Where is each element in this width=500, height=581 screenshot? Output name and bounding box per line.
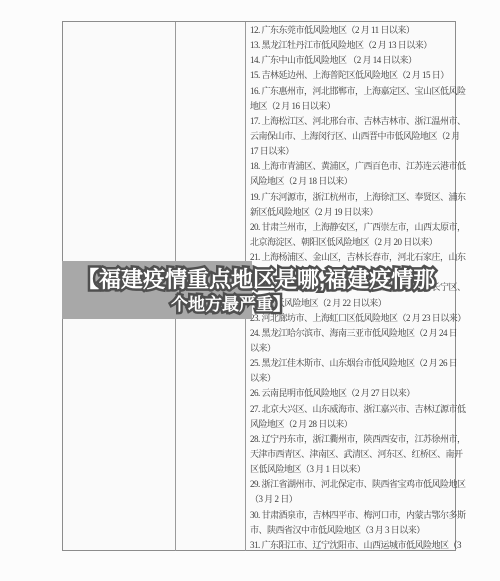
list-line: 以来）: [250, 341, 456, 356]
list-line: 20. 甘肃兰州市，上海静安区，广西崇左市，山西太原市，: [250, 220, 456, 235]
list-line: 18. 上海市青浦区、黄浦区，广西百色市、江苏连云港市低: [250, 159, 456, 174]
list-line: 市、陕西省汉中市低风险地区（3 月 3 日以来）: [250, 523, 456, 538]
watermark-text-fill: 个地方最严重】: [171, 295, 290, 314]
list-line: 31. 广东阳江市、辽宁沈阳市、山西运城市低风险地区（3: [250, 538, 456, 553]
list-line: 24. 黑龙江哈尔滨市、海南三亚市低风险地区（2 月 24 日: [250, 326, 456, 341]
list-line: 以来）: [250, 371, 456, 386]
watermark-text-stack: 个地方最严重】 个地方最严重】: [171, 290, 290, 315]
list-line: 13. 黑龙江牡丹江市低风险地区（2 月 13 日以来）: [250, 38, 456, 53]
list-line: 19. 广东河源市，浙江杭州市，上海徐汇区、奉贤区、浦东: [250, 190, 456, 205]
list-line: 27. 北京大兴区、山东威海市、浙江嘉兴市、吉林辽源市低: [250, 402, 456, 417]
list-line: 28. 辽宁丹东市，浙江衢州市，陕西西安市，江苏徐州市，: [250, 432, 456, 447]
list-line: 12. 广东东莞市低风险地区（2 月 11 日以来）: [250, 23, 456, 38]
list-line: 17 日以来）: [250, 144, 456, 159]
list-line: 新区低风险地区（2 月 19 日以来）: [250, 205, 456, 220]
list-line: 地区（2 月 16 日以来）: [250, 99, 456, 114]
list-line: 风险地区（2 月 18 日以来）: [250, 174, 456, 189]
list-line: 29. 浙江省湖州市、河北保定市、陕西省宝鸡市低风险地区: [250, 477, 456, 492]
list-line: 16. 广东惠州市，河北邯郸市，上海嘉定区、宝山区低风险: [250, 84, 456, 99]
list-line: 北京海淀区、朝阳区低风险地区（2 月 20 日以来）: [250, 235, 456, 250]
list-line: 25. 黑龙江佳木斯市、山东烟台市低风险地区（2 月 26 日: [250, 356, 456, 371]
list-line: 26. 云南昆明市低风险地区（2 月 27 日以来）: [250, 386, 456, 401]
list-line: 区低风险地区（3 月 1 日以来）: [250, 462, 456, 477]
watermark-title-line2: 个地方最严重】 个地方最严重】: [171, 290, 290, 315]
list-line: 17. 上海松江区、河北邢台市、吉林吉林市、浙江温州市、: [250, 114, 456, 129]
list-line: 云南保山市、上海闵行区、山西晋中市低风险地区（2 月: [250, 129, 456, 144]
page-root: 12. 广东东莞市低风险地区（2 月 11 日以来）13. 黑龙江牡丹江市低风险…: [0, 0, 500, 581]
list-line: 风险地区（2 月 28 日以来）: [250, 417, 456, 432]
list-line: 天津市西青区、津南区、武清区、河东区、红桥区、南开: [250, 447, 456, 462]
list-line: 15. 吉林延边州、上海普陀区低风险地区（2 月 15 日）: [250, 68, 456, 83]
list-line: 30. 甘肃酒泉市，吉林四平市、梅河口市，内蒙古鄂尔多斯: [250, 508, 456, 523]
watermark-text-fill: 【福建疫情重点地区是哪,福建疫情那: [77, 267, 435, 292]
list-line: 14. 广东中山市低风险地区 （2 月 14 日以来）: [250, 53, 456, 68]
list-line: （3 月 2 日）: [250, 492, 456, 507]
